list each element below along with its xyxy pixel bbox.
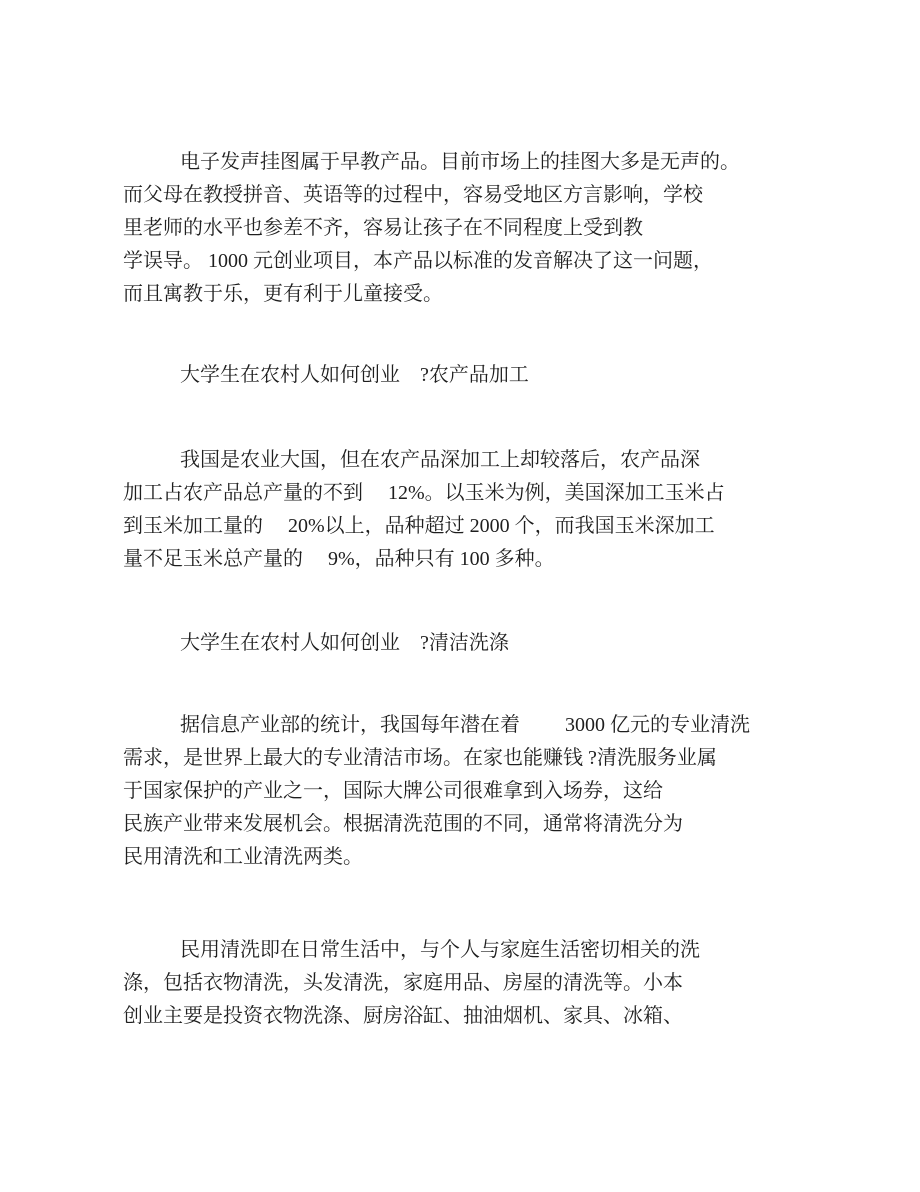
heading-cleaning-washing: 大学生在农村人如何创业 ?清洁洗涤 [123, 627, 883, 660]
paragraph-cleaning-market: 据信息产业部的统计，我国每年潜在着 3000 亿元的专业清洗 需求，是世界上最大… [123, 709, 883, 874]
paragraph-household-cleaning: 民用清洗即在日常生活中，与个人与家庭生活密切相关的洗 涤，包括衣物清洗，头发清洗… [123, 934, 883, 1033]
paragraph-agricultural-processing-stats: 我国是农业大国，但在农产品深加工上却较落后，农产品深 加工占农产品总产量的不到 … [123, 444, 883, 576]
document-page: 电子发声挂图属于早教产品。目前市场上的挂图大多是无声的。 而父母在教授拼音、英语… [0, 0, 920, 1192]
document-body: 电子发声挂图属于早教产品。目前市场上的挂图大多是无声的。 而父母在教授拼音、英语… [123, 0, 883, 1033]
paragraph-early-education-charts: 电子发声挂图属于早教产品。目前市场上的挂图大多是无声的。 而父母在教授拼音、英语… [123, 146, 883, 311]
heading-agricultural-product-processing: 大学生在农村人如何创业 ?农产品加工 [123, 359, 883, 392]
